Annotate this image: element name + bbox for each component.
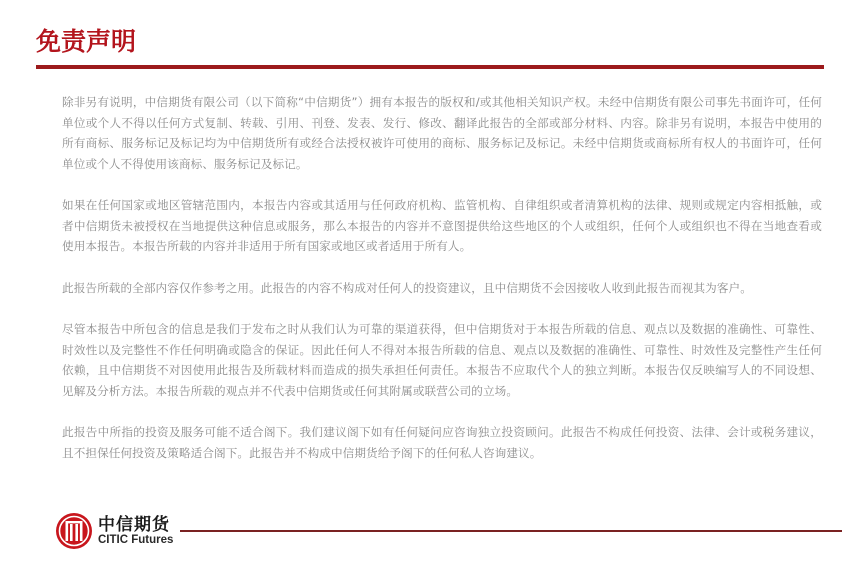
disclaimer-paragraph-suitability: 此报告中所指的投资及服务可能不适合阁下。我们建议阁下如有任何疑问应咨询独立投资顾… bbox=[62, 422, 822, 463]
disclaimer-paragraph-accuracy: 尽管本报告中所包含的信息是我们于发布之时从我们认为可靠的渠道获得，但中信期货对于… bbox=[62, 319, 822, 401]
footer-brand: 中信期货 CITIC Futures bbox=[55, 510, 845, 552]
disclaimer-body: 除非另有说明，中信期货有限公司（以下简称“中信期货”）拥有本报告的版权和/或其他… bbox=[62, 92, 822, 484]
disclaimer-paragraph-copyright: 除非另有说明，中信期货有限公司（以下简称“中信期货”）拥有本报告的版权和/或其他… bbox=[62, 92, 822, 174]
citic-logo-icon bbox=[55, 512, 93, 550]
title-divider bbox=[36, 65, 824, 69]
disclaimer-paragraph-reference: 此报告所载的全部内容仅作参考之用。此报告的内容不构成对任何人的投资建议，且中信期… bbox=[62, 278, 822, 299]
logo-text-en: CITIC Futures bbox=[98, 534, 173, 546]
page-title: 免责声明 bbox=[36, 22, 136, 58]
footer-divider bbox=[180, 530, 842, 532]
logo-text-cn: 中信期货 bbox=[98, 510, 170, 535]
disclaimer-paragraph-jurisdiction: 如果在任何国家或地区管辖范围内，本报告内容或其适用与任何政府机构、监管机构、自律… bbox=[62, 195, 822, 257]
